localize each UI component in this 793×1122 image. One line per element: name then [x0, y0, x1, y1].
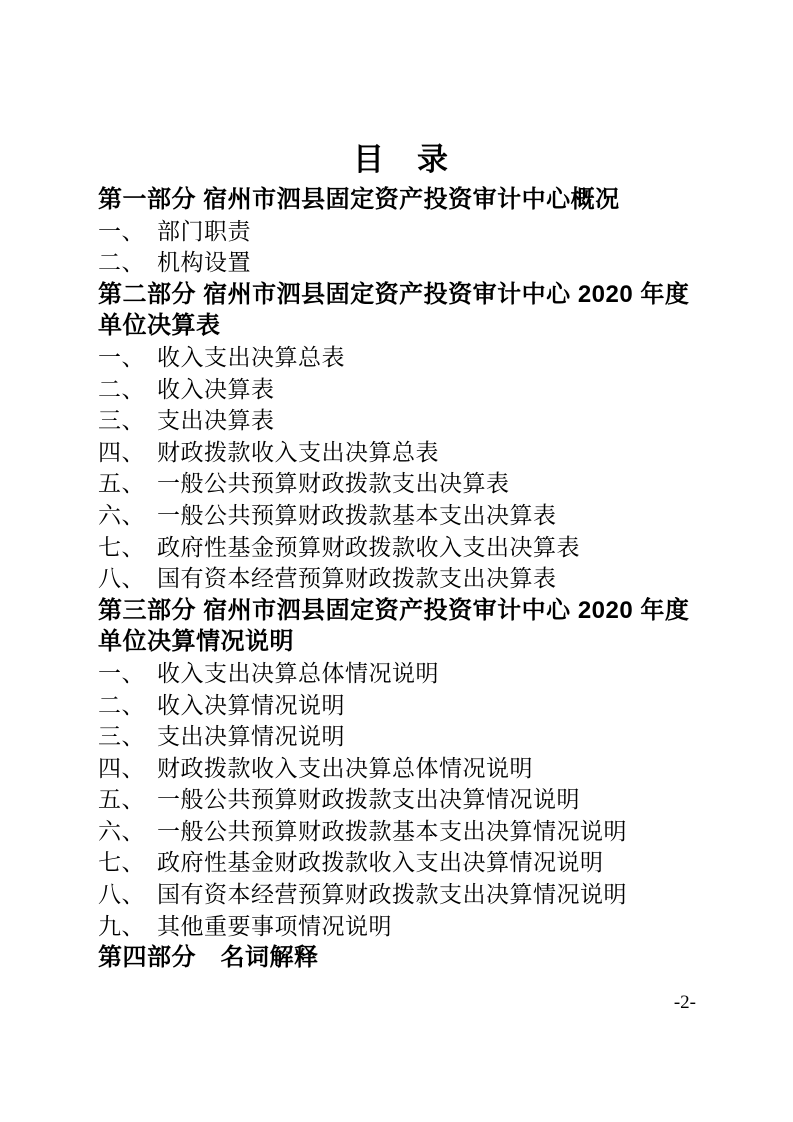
- toc-section-heading: 第三部分 宿州市泗县固定资产投资审计中心 2020 年度: [98, 595, 704, 627]
- page-number: -2-: [674, 991, 696, 1015]
- toc-item: 三、 支出决算表: [98, 405, 704, 437]
- toc-item: 七、 政府性基金财政拨款收入支出决算情况说明: [98, 847, 704, 879]
- toc-item: 九、 其他重要事项情况说明: [98, 911, 704, 943]
- toc-list: 第一部分 宿州市泗县固定资产投资审计中心概况一、 部门职责二、 机构设置第二部分…: [98, 184, 704, 974]
- toc-item: 三、 支出决算情况说明: [98, 721, 704, 753]
- toc-section-heading: 单位决算表: [98, 310, 704, 342]
- toc-item: 五、 一般公共预算财政拨款支出决算情况说明: [98, 784, 704, 816]
- toc-item: 八、 国有资本经营预算财政拨款支出决算情况说明: [98, 879, 704, 911]
- toc-item: 二、 机构设置: [98, 247, 704, 279]
- toc-item: 一、 部门职责: [98, 216, 704, 248]
- toc-item: 二、 收入决算表: [98, 374, 704, 406]
- toc-item: 一、 收入支出决算总表: [98, 342, 704, 374]
- toc-item: 四、 财政拨款收入支出决算总表: [98, 437, 704, 469]
- toc-section-heading: 第二部分 宿州市泗县固定资产投资审计中心 2020 年度: [98, 279, 704, 311]
- document-page: 目 录 第一部分 宿州市泗县固定资产投资审计中心概况一、 部门职责二、 机构设置…: [0, 0, 793, 1122]
- toc-content: 目 录 第一部分 宿州市泗县固定资产投资审计中心概况一、 部门职责二、 机构设置…: [98, 140, 704, 974]
- toc-section-heading: 第四部分 名词解释: [98, 942, 704, 974]
- toc-item: 七、 政府性基金预算财政拨款收入支出决算表: [98, 532, 704, 564]
- toc-item: 一、 收入支出决算总体情况说明: [98, 658, 704, 690]
- page-title: 目 录: [98, 140, 704, 184]
- toc-item: 六、 一般公共预算财政拨款基本支出决算表: [98, 500, 704, 532]
- toc-item: 六、 一般公共预算财政拨款基本支出决算情况说明: [98, 816, 704, 848]
- toc-section-heading: 第一部分 宿州市泗县固定资产投资审计中心概况: [98, 184, 704, 216]
- toc-item: 四、 财政拨款收入支出决算总体情况说明: [98, 753, 704, 785]
- toc-item: 五、 一般公共预算财政拨款支出决算表: [98, 468, 704, 500]
- toc-item: 八、 国有资本经营预算财政拨款支出决算表: [98, 563, 704, 595]
- toc-item: 二、 收入决算情况说明: [98, 690, 704, 722]
- toc-section-heading: 单位决算情况说明: [98, 626, 704, 658]
